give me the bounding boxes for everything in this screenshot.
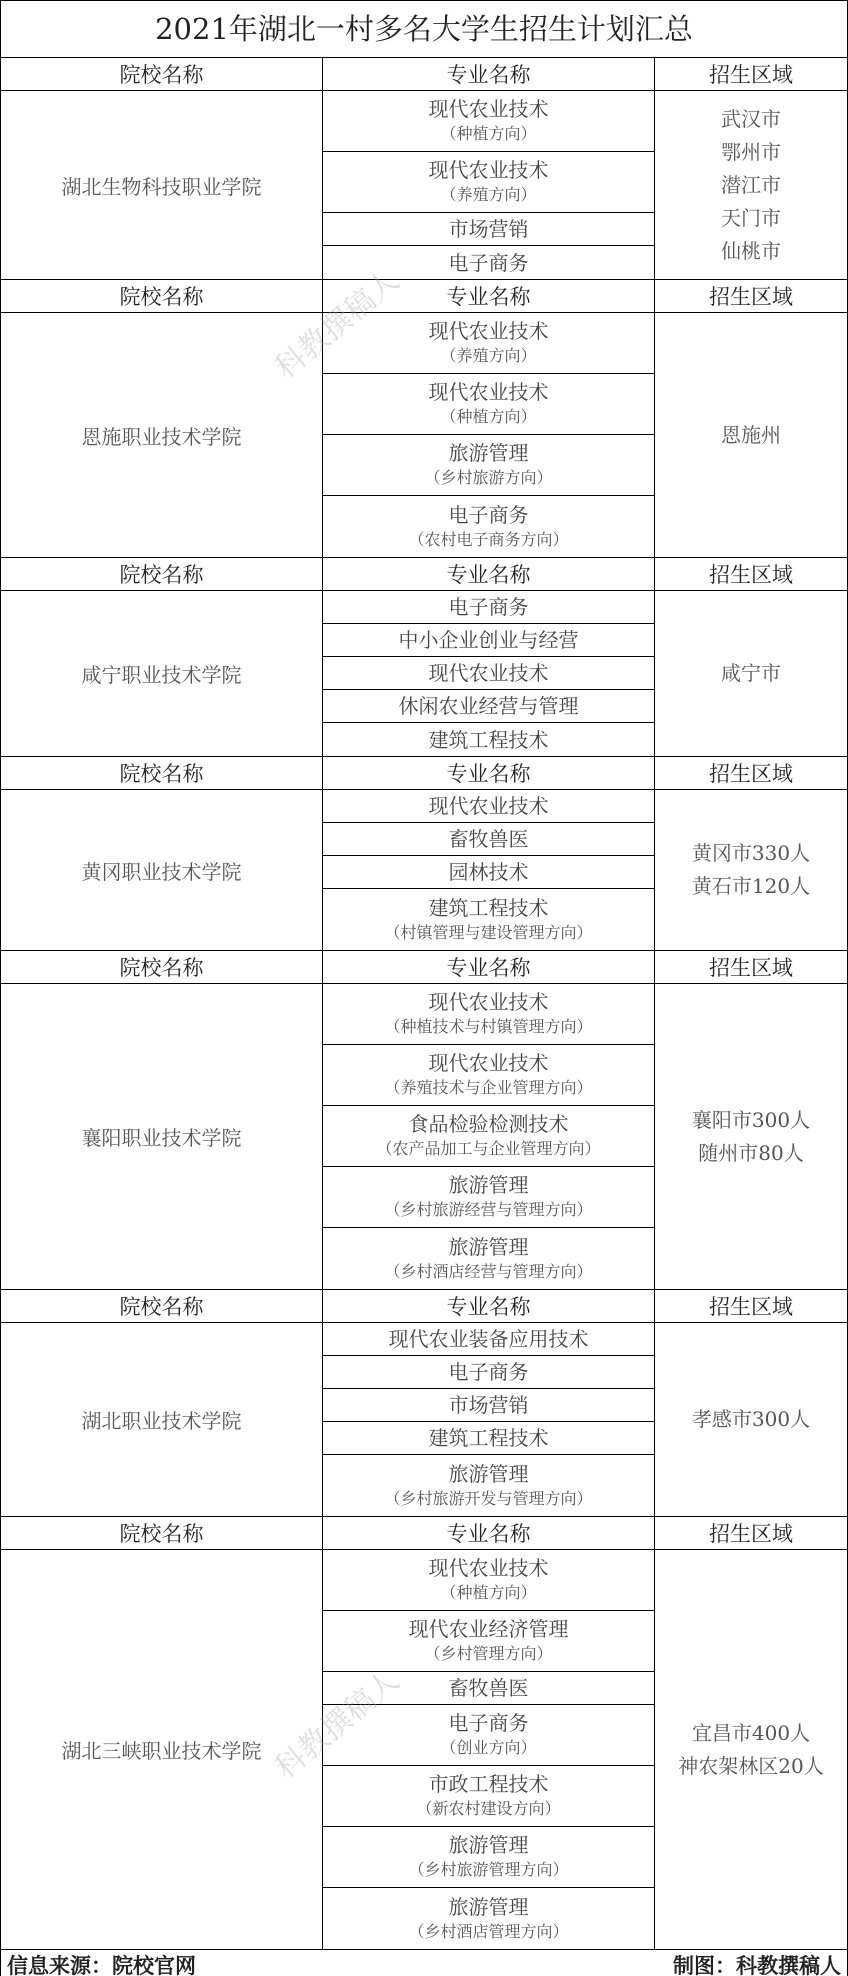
major-name: 市政工程技术 [429,1771,549,1797]
header-region: 招生区域 [655,757,847,789]
school-row: 湖北三峡职业技术学院现代农业技术（种植方向）现代农业经济管理（乡村管理方向）畜牧… [1,1550,847,1950]
major-item: 市场营销 [323,1389,654,1422]
header-row: 院校名称专业名称招生区域 [1,1517,847,1550]
major-direction: （种植方向） [440,1581,536,1605]
major-list: 现代农业技术畜牧兽医园林技术建筑工程技术（村镇管理与建设管理方向） [323,790,655,950]
region-list: 襄阳市300人随州市80人 [655,984,847,1289]
school-name: 黄冈职业技术学院 [1,790,323,950]
header-school: 院校名称 [1,558,323,590]
major-item: 现代农业技术（种植方向） [323,1550,654,1611]
major-name: 市场营销 [449,216,529,242]
region-item: 黄石市120人 [692,870,810,903]
school-block: 院校名称专业名称招生区域恩施职业技术学院现代农业技术（养殖方向）现代农业技术（种… [1,280,847,558]
major-direction: （乡村酒店经营与管理方向） [384,1260,592,1284]
header-major: 专业名称 [323,58,655,90]
major-direction: （乡村酒店管理方向） [408,1920,568,1944]
school-block: 院校名称专业名称招生区域湖北职业技术学院现代农业装备应用技术电子商务市场营销建筑… [1,1290,847,1517]
header-major: 专业名称 [323,757,655,789]
region-item: 潜江市 [721,169,781,202]
major-name: 现代农业技术 [429,1555,549,1581]
major-item: 现代农业经济管理（乡村管理方向） [323,1611,654,1672]
header-major: 专业名称 [323,1290,655,1322]
region-item: 随州市80人 [698,1137,803,1170]
major-name: 电子商务 [449,1359,529,1385]
major-name: 园林技术 [449,859,529,885]
school-row: 黄冈职业技术学院现代农业技术畜牧兽医园林技术建筑工程技术（村镇管理与建设管理方向… [1,790,847,951]
major-name: 旅游管理 [449,1234,529,1260]
major-name: 旅游管理 [449,1832,529,1858]
region-list: 恩施州 [655,313,847,557]
major-list: 电子商务中小企业创业与经营现代农业技术休闲农业经营与管理建筑工程技术 [323,591,655,756]
major-item: 电子商务 [323,246,654,279]
school-block: 院校名称专业名称招生区域湖北三峡职业技术学院现代农业技术（种植方向）现代农业经济… [1,1517,847,1950]
major-item: 旅游管理（乡村旅游开发与管理方向） [323,1455,654,1516]
major-item: 建筑工程技术（村镇管理与建设管理方向） [323,889,654,950]
major-name: 中小企业创业与经营 [399,627,579,653]
major-list: 现代农业技术（种植方向）现代农业技术（养殖方向）市场营销电子商务 [323,91,655,279]
header-major: 专业名称 [323,280,655,312]
major-name: 建筑工程技术 [429,895,549,921]
header-region: 招生区域 [655,1290,847,1322]
major-item: 电子商务（创业方向） [323,1705,654,1766]
major-direction: （种植方向） [440,405,536,429]
header-major: 专业名称 [323,1517,655,1549]
major-direction: （乡村管理方向） [424,1642,552,1666]
major-direction: （乡村旅游管理方向） [408,1858,568,1882]
header-row: 院校名称专业名称招生区域 [1,558,847,591]
page-title: 2021年湖北一村多名大学生招生计划汇总 [1,1,847,58]
major-direction: （农产品加工与企业管理方向） [376,1137,600,1161]
school-blocks: 院校名称专业名称招生区域湖北生物科技职业学院现代农业技术（种植方向）现代农业技术… [1,58,847,1950]
major-list: 现代农业技术（种植方向）现代农业经济管理（乡村管理方向）畜牧兽医电子商务（创业方… [323,1550,655,1949]
major-name: 休闲农业经营与管理 [399,693,579,719]
major-item: 旅游管理（乡村旅游管理方向） [323,1827,654,1888]
school-row: 恩施职业技术学院现代农业技术（养殖方向）现代农业技术（种植方向）旅游管理（乡村旅… [1,313,847,558]
major-item: 现代农业技术（种植技术与村镇管理方向） [323,984,654,1045]
major-name: 电子商务 [449,594,529,620]
header-major: 专业名称 [323,951,655,983]
major-name: 现代农业经济管理 [409,1616,569,1642]
major-item: 现代农业技术（养殖方向） [323,152,654,213]
major-direction: （养殖方向） [440,344,536,368]
major-name: 电子商务 [449,1710,529,1736]
region-list: 黄冈市330人黄石市120人 [655,790,847,950]
major-list: 现代农业装备应用技术电子商务市场营销建筑工程技术旅游管理（乡村旅游开发与管理方向… [323,1323,655,1516]
region-item: 襄阳市300人 [692,1104,810,1137]
region-item: 神农架林区20人 [678,1750,823,1783]
major-name: 畜牧兽医 [449,1675,529,1701]
major-name: 现代农业技术 [429,318,549,344]
major-direction: （村镇管理与建设管理方向） [384,921,592,945]
major-name: 现代农业技术 [429,379,549,405]
major-name: 现代农业装备应用技术 [389,1326,589,1352]
region-item: 咸宁市 [721,657,781,690]
major-item: 建筑工程技术 [323,1422,654,1455]
major-direction: （种植方向） [440,122,536,146]
major-name: 畜牧兽医 [449,826,529,852]
major-item: 电子商务 [323,1356,654,1389]
major-item: 旅游管理（乡村旅游经营与管理方向） [323,1167,654,1228]
major-direction: （养殖方向） [440,183,536,207]
source-note: 信息来源：院校官网 [7,1950,196,1976]
major-name: 旅游管理 [449,440,529,466]
school-name: 襄阳职业技术学院 [1,984,323,1289]
school-row: 襄阳职业技术学院现代农业技术（种植技术与村镇管理方向）现代农业技术（养殖技术与企… [1,984,847,1290]
region-item: 天门市 [721,202,781,235]
major-name: 现代农业技术 [429,96,549,122]
school-name: 湖北生物科技职业学院 [1,91,323,279]
major-direction: （新农村建设方向） [416,1797,560,1821]
major-item: 市场营销 [323,213,654,246]
region-item: 黄冈市330人 [692,837,810,870]
major-name: 现代农业技术 [429,793,549,819]
major-item: 现代农业技术（种植方向） [323,374,654,435]
header-region: 招生区域 [655,1517,847,1549]
footer: 信息来源：院校官网 制图：科教撰稿人 [1,1950,847,1976]
header-school: 院校名称 [1,58,323,90]
credit-note: 制图：科教撰稿人 [673,1950,841,1976]
header-major: 专业名称 [323,558,655,590]
major-list: 现代农业技术（种植技术与村镇管理方向）现代农业技术（养殖技术与企业管理方向）食品… [323,984,655,1289]
region-list: 武汉市鄂州市潜江市天门市仙桃市 [655,91,847,279]
school-block: 院校名称专业名称招生区域咸宁职业技术学院电子商务中小企业创业与经营现代农业技术休… [1,558,847,757]
major-item: 现代农业技术 [323,790,654,823]
major-name: 市场营销 [449,1392,529,1418]
region-item: 宜昌市400人 [692,1717,810,1750]
major-name: 旅游管理 [449,1894,529,1920]
header-school: 院校名称 [1,951,323,983]
major-name: 现代农业技术 [429,660,549,686]
major-name: 建筑工程技术 [429,1425,549,1451]
major-direction: （乡村旅游开发与管理方向） [384,1487,592,1511]
major-name: 电子商务 [449,250,529,276]
major-item: 旅游管理（乡村旅游方向） [323,435,654,496]
major-item: 园林技术 [323,856,654,889]
school-block: 院校名称专业名称招生区域黄冈职业技术学院现代农业技术畜牧兽医园林技术建筑工程技术… [1,757,847,951]
school-row: 湖北职业技术学院现代农业装备应用技术电子商务市场营销建筑工程技术旅游管理（乡村旅… [1,1323,847,1517]
major-name: 现代农业技术 [429,157,549,183]
major-item: 现代农业技术 [323,657,654,690]
region-list: 孝感市300人 [655,1323,847,1516]
major-item: 电子商务（农村电子商务方向） [323,496,654,557]
header-region: 招生区域 [655,951,847,983]
major-name: 现代农业技术 [429,1050,549,1076]
major-direction: （创业方向） [440,1736,536,1760]
region-item: 武汉市 [721,103,781,136]
major-item: 现代农业技术（养殖技术与企业管理方向） [323,1045,654,1106]
major-name: 食品检验检测技术 [409,1111,569,1137]
school-name: 恩施职业技术学院 [1,313,323,557]
school-row: 咸宁职业技术学院电子商务中小企业创业与经营现代农业技术休闲农业经营与管理建筑工程… [1,591,847,757]
major-item: 食品检验检测技术（农产品加工与企业管理方向） [323,1106,654,1167]
header-row: 院校名称专业名称招生区域 [1,1290,847,1323]
header-school: 院校名称 [1,757,323,789]
major-name: 旅游管理 [449,1172,529,1198]
school-name: 湖北职业技术学院 [1,1323,323,1516]
major-item: 现代农业装备应用技术 [323,1323,654,1356]
major-name: 建筑工程技术 [429,727,549,753]
major-direction: （乡村旅游经营与管理方向） [384,1198,592,1222]
major-direction: （种植技术与村镇管理方向） [384,1015,592,1039]
major-name: 电子商务 [449,502,529,528]
major-item: 旅游管理（乡村酒店管理方向） [323,1888,654,1949]
header-row: 院校名称专业名称招生区域 [1,280,847,313]
major-item: 畜牧兽医 [323,1672,654,1705]
major-direction: （乡村旅游方向） [424,466,552,490]
major-item: 休闲农业经营与管理 [323,690,654,723]
header-region: 招生区域 [655,558,847,590]
major-item: 建筑工程技术 [323,723,654,756]
school-block: 院校名称专业名称招生区域湖北生物科技职业学院现代农业技术（种植方向）现代农业技术… [1,58,847,280]
region-list: 咸宁市 [655,591,847,756]
region-item: 恩施州 [721,419,781,452]
major-list: 现代农业技术（养殖方向）现代农业技术（种植方向）旅游管理（乡村旅游方向）电子商务… [323,313,655,557]
school-name: 咸宁职业技术学院 [1,591,323,756]
header-region: 招生区域 [655,280,847,312]
school-row: 湖北生物科技职业学院现代农业技术（种植方向）现代农业技术（养殖方向）市场营销电子… [1,91,847,280]
header-row: 院校名称专业名称招生区域 [1,757,847,790]
header-school: 院校名称 [1,1517,323,1549]
region-item: 孝感市300人 [692,1403,810,1436]
region-list: 宜昌市400人神农架林区20人 [655,1550,847,1949]
region-item: 仙桃市 [721,235,781,268]
major-name: 旅游管理 [449,1461,529,1487]
major-name: 现代农业技术 [429,989,549,1015]
major-direction: （农村电子商务方向） [408,528,568,552]
major-item: 畜牧兽医 [323,823,654,856]
major-direction: （养殖技术与企业管理方向） [384,1076,592,1100]
major-item: 现代农业技术（养殖方向） [323,313,654,374]
major-item: 电子商务 [323,591,654,624]
header-school: 院校名称 [1,280,323,312]
major-item: 市政工程技术（新农村建设方向） [323,1766,654,1827]
header-region: 招生区域 [655,58,847,90]
enrollment-table: 2021年湖北一村多名大学生招生计划汇总 院校名称专业名称招生区域湖北生物科技职… [0,0,848,1976]
header-school: 院校名称 [1,1290,323,1322]
school-block: 院校名称专业名称招生区域襄阳职业技术学院现代农业技术（种植技术与村镇管理方向）现… [1,951,847,1290]
header-row: 院校名称专业名称招生区域 [1,951,847,984]
header-row: 院校名称专业名称招生区域 [1,58,847,91]
region-item: 鄂州市 [721,136,781,169]
major-item: 旅游管理（乡村酒店经营与管理方向） [323,1228,654,1289]
major-item: 中小企业创业与经营 [323,624,654,657]
school-name: 湖北三峡职业技术学院 [1,1550,323,1949]
major-item: 现代农业技术（种植方向） [323,91,654,152]
